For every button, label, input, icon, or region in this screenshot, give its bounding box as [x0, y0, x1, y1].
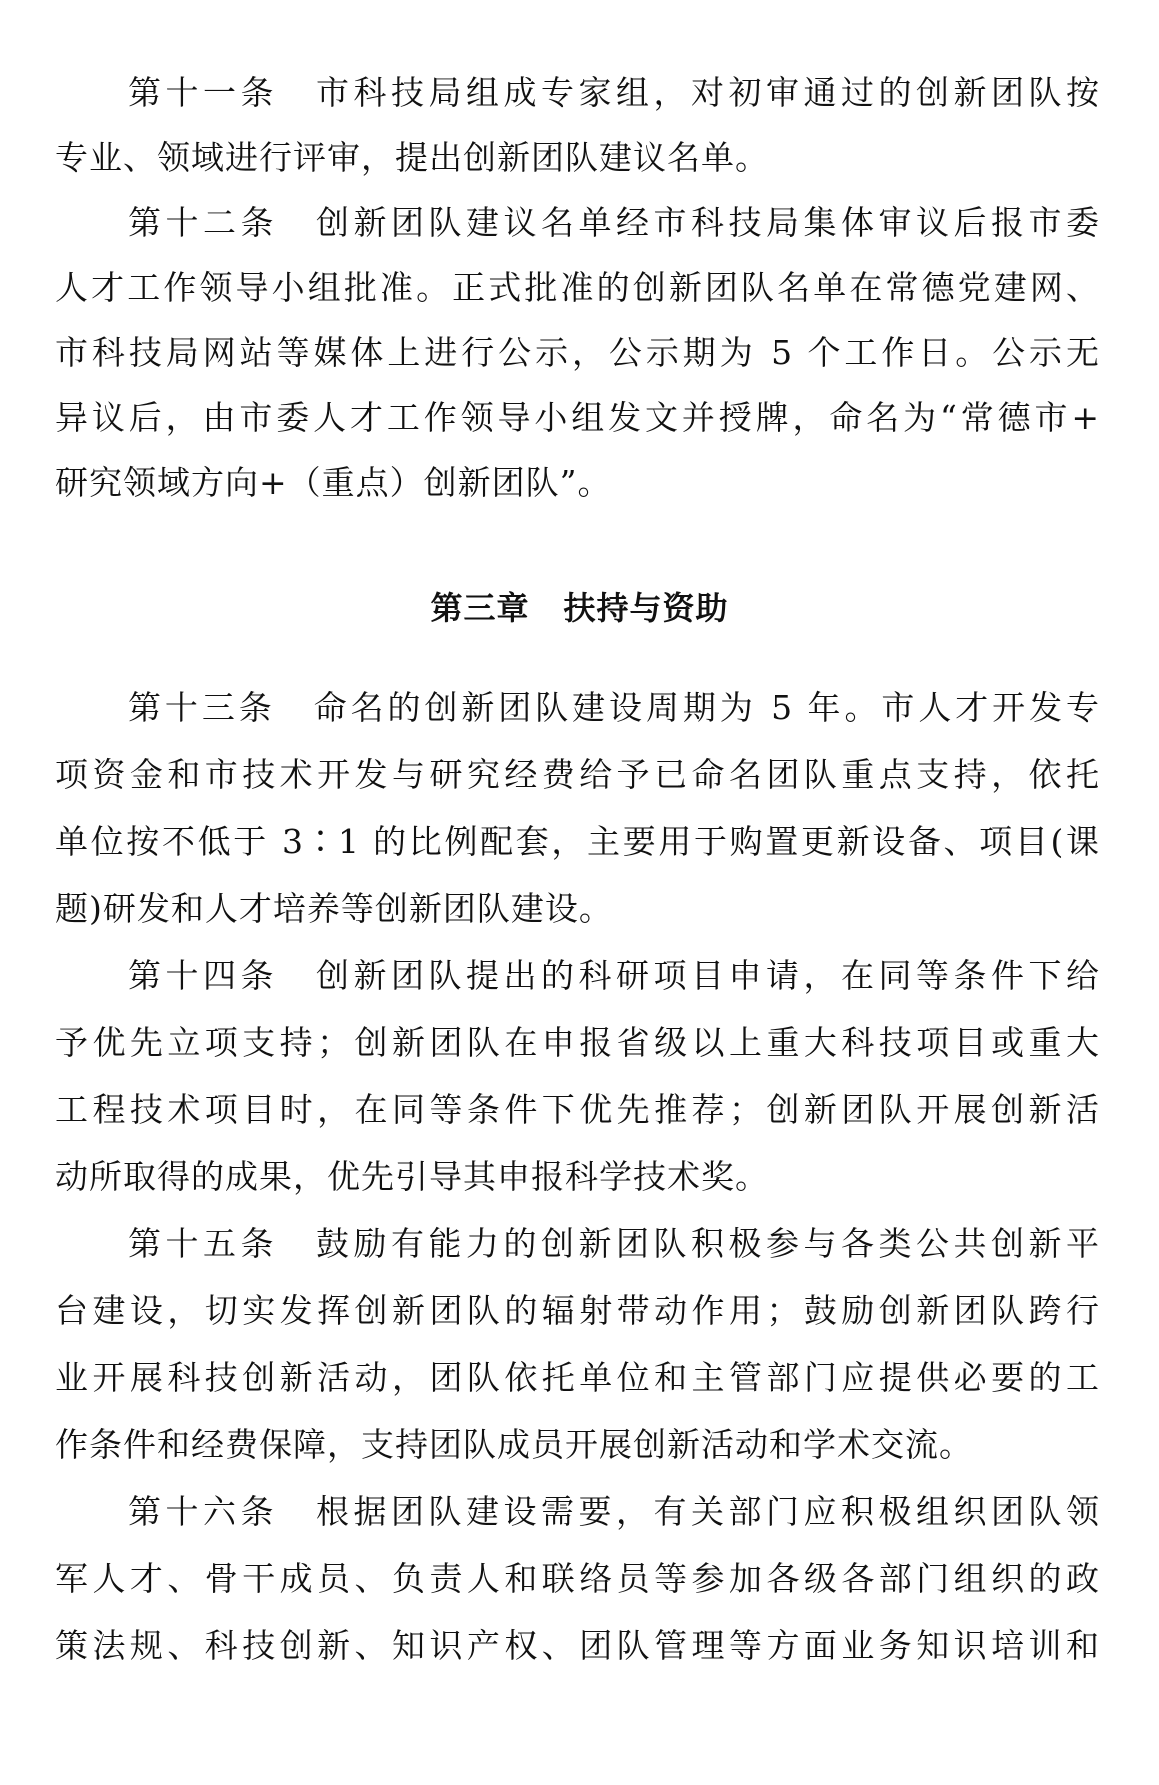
article-number: 第十一条 [128, 73, 278, 112]
article-11-line-2: 专业、领域进行评审，提出创新团队建议名单。 [55, 133, 1100, 183]
article-15-line-4: 作条件和经费保障，支持团队成员开展创新活动和学术交流。 [55, 1420, 1100, 1470]
chapter-title: 扶持与资助 [564, 589, 729, 627]
article-number: 第十三条 [128, 688, 276, 727]
article-13-line-3: 单位按不低于 3∶1 的比例配套，主要用于购置更新设备、项目(课 [55, 817, 1100, 867]
chapter-number: 第三章 [430, 589, 529, 627]
article-16-line-2: 军人才、骨干成员、负责人和联络员等参加各级各部门组织的政 [55, 1554, 1100, 1604]
article-12-line-5: 研究领域方向+（重点）创新团队”。 [55, 458, 1100, 508]
article-number: 第十六条 [128, 1492, 278, 1531]
article-15-line-3: 业开展科技创新活动，团队依托单位和主管部门应提供必要的工 [55, 1353, 1100, 1403]
article-12-line-2: 人才工作领导小组批准。正式批准的创新团队名单在常德党建网、 [55, 263, 1100, 313]
chapter-heading: 第三章扶持与资助 [0, 583, 1159, 633]
article-number: 第十五条 [128, 1224, 278, 1263]
article-16-line-3: 策法规、科技创新、知识产权、团队管理等方面业务知识培训和 [55, 1621, 1100, 1671]
article-15-line-2: 台建设，切实发挥创新团队的辐射带动作用；鼓励创新团队跨行 [55, 1286, 1100, 1336]
article-number: 第十四条 [128, 956, 278, 995]
article-14-line-3: 工程技术项目时，在同等条件下优先推荐；创新团队开展创新活 [55, 1085, 1100, 1135]
article-13-line-4: 题)研发和人才培养等创新团队建设。 [55, 884, 1100, 934]
article-15-line-1: 第十五条鼓励有能力的创新团队积极参与各类公共创新平 [128, 1219, 1100, 1269]
document-page: 第十一条市科技局组成专家组，对初审通过的创新团队按 专业、领域进行评审，提出创新… [0, 0, 1159, 1785]
article-12-line-4: 异议后，由市委人才工作领导小组发文并授牌，命名为“常德市+ [55, 393, 1100, 443]
article-12-line-1: 第十二条创新团队建议名单经市科技局集体审议后报市委 [128, 198, 1100, 248]
article-14-line-1: 第十四条创新团队提出的科研项目申请，在同等条件下给 [128, 951, 1100, 1001]
article-13-line-2: 项资金和市技术开发与研究经费给予已命名团队重点支持，依托 [55, 750, 1100, 800]
article-16-line-1: 第十六条根据团队建设需要，有关部门应积极组织团队领 [128, 1487, 1100, 1537]
article-number: 第十二条 [128, 203, 278, 242]
article-12-line-3: 市科技局网站等媒体上进行公示，公示期为 5 个工作日。公示无 [55, 328, 1100, 378]
article-11-line-1: 第十一条市科技局组成专家组，对初审通过的创新团队按 [128, 68, 1100, 118]
article-14-line-2: 予优先立项支持；创新团队在申报省级以上重大科技项目或重大 [55, 1018, 1100, 1068]
article-13-line-1: 第十三条命名的创新团队建设周期为 5 年。市人才开发专 [128, 683, 1100, 733]
article-14-line-4: 动所取得的成果，优先引导其申报科学技术奖。 [55, 1152, 1100, 1202]
